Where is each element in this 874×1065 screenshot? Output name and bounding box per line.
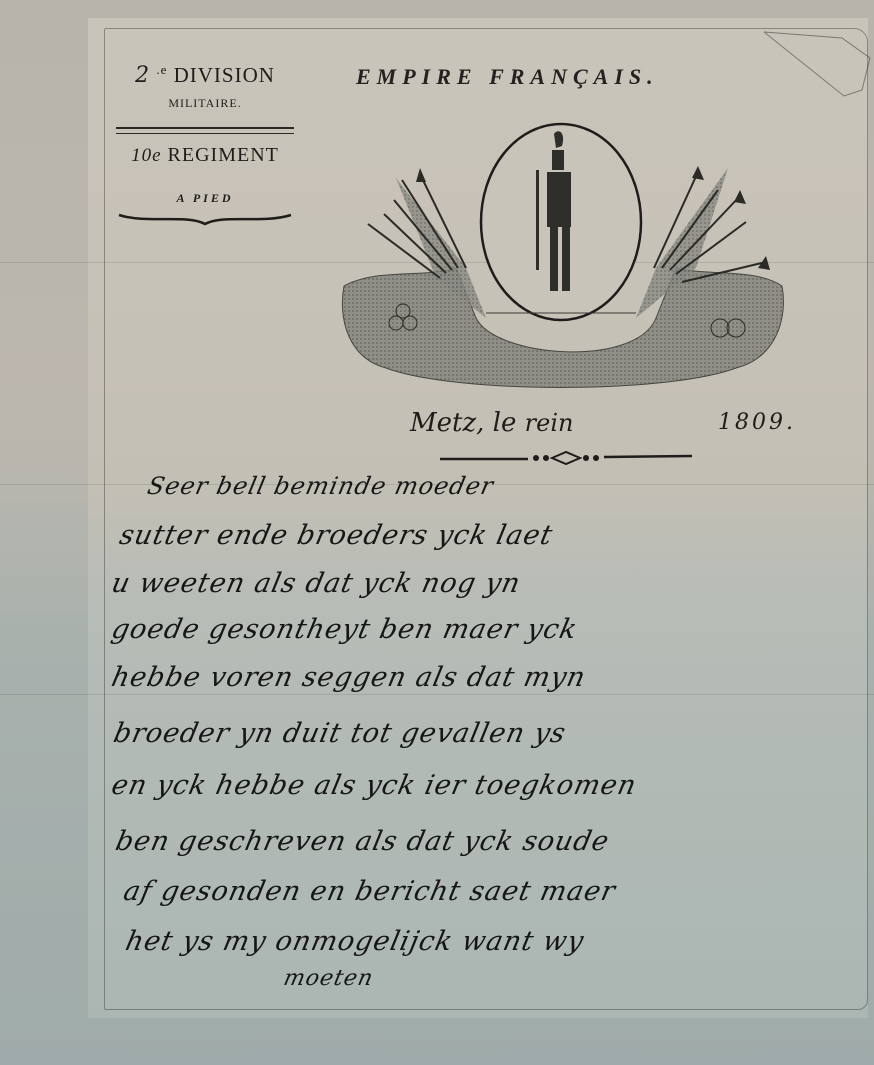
empire-title: EMPIRE FRANÇAIS. [356,64,776,90]
place-label: Metz, le [410,408,516,438]
letter-line: Seer bell beminde moeder [145,472,497,500]
militaire-label: MILITAIRE. [100,96,310,111]
letter-line: hebbe voren seggen als dat myn [109,662,589,693]
military-emblem [336,118,788,398]
fold-line [0,694,874,695]
torn-corner-mark [762,28,872,98]
brace-ornament [117,212,293,226]
letter-line: het ys my onmogelijck want wy [123,926,587,957]
regiment-label: REGIMENT [168,144,279,166]
letter-line: broeder yn duit tot gevallen ys [111,718,569,749]
division-label: DIVISION [174,63,275,87]
division-line: 2 .e DIVISION [100,62,310,88]
year: 1809. [718,410,796,435]
letter-line: goede gesontheyt ben maer yck [109,614,581,645]
letterhead-unit-block: 2 .e DIVISION MILITAIRE. 10e REGIMENT A … [100,62,310,231]
letter-line: sutter ende broeders yck laet [117,520,556,551]
regiment-number: 10e [131,145,161,166]
letter-line: moeten [281,966,375,991]
division-suffix: .e [156,62,167,77]
handwritten-date: rein [525,409,574,437]
letter-line: u weeten als dat yck nog yn [109,568,524,599]
letter-line: af gesonden en bericht saet maer [121,876,619,907]
letter-line: ben geschreven als dat yck soude [113,826,613,857]
division-number: 2 [135,63,150,88]
place-date-line: Metz, le rein [410,408,573,438]
divider-rule [116,127,294,134]
regiment-line: 10e REGIMENT [100,144,310,167]
letter-line: en yck hebbe als yck ier toegkomen [109,770,640,801]
ornamental-rule [440,450,692,466]
a-pied-label: A PIED [100,191,310,206]
